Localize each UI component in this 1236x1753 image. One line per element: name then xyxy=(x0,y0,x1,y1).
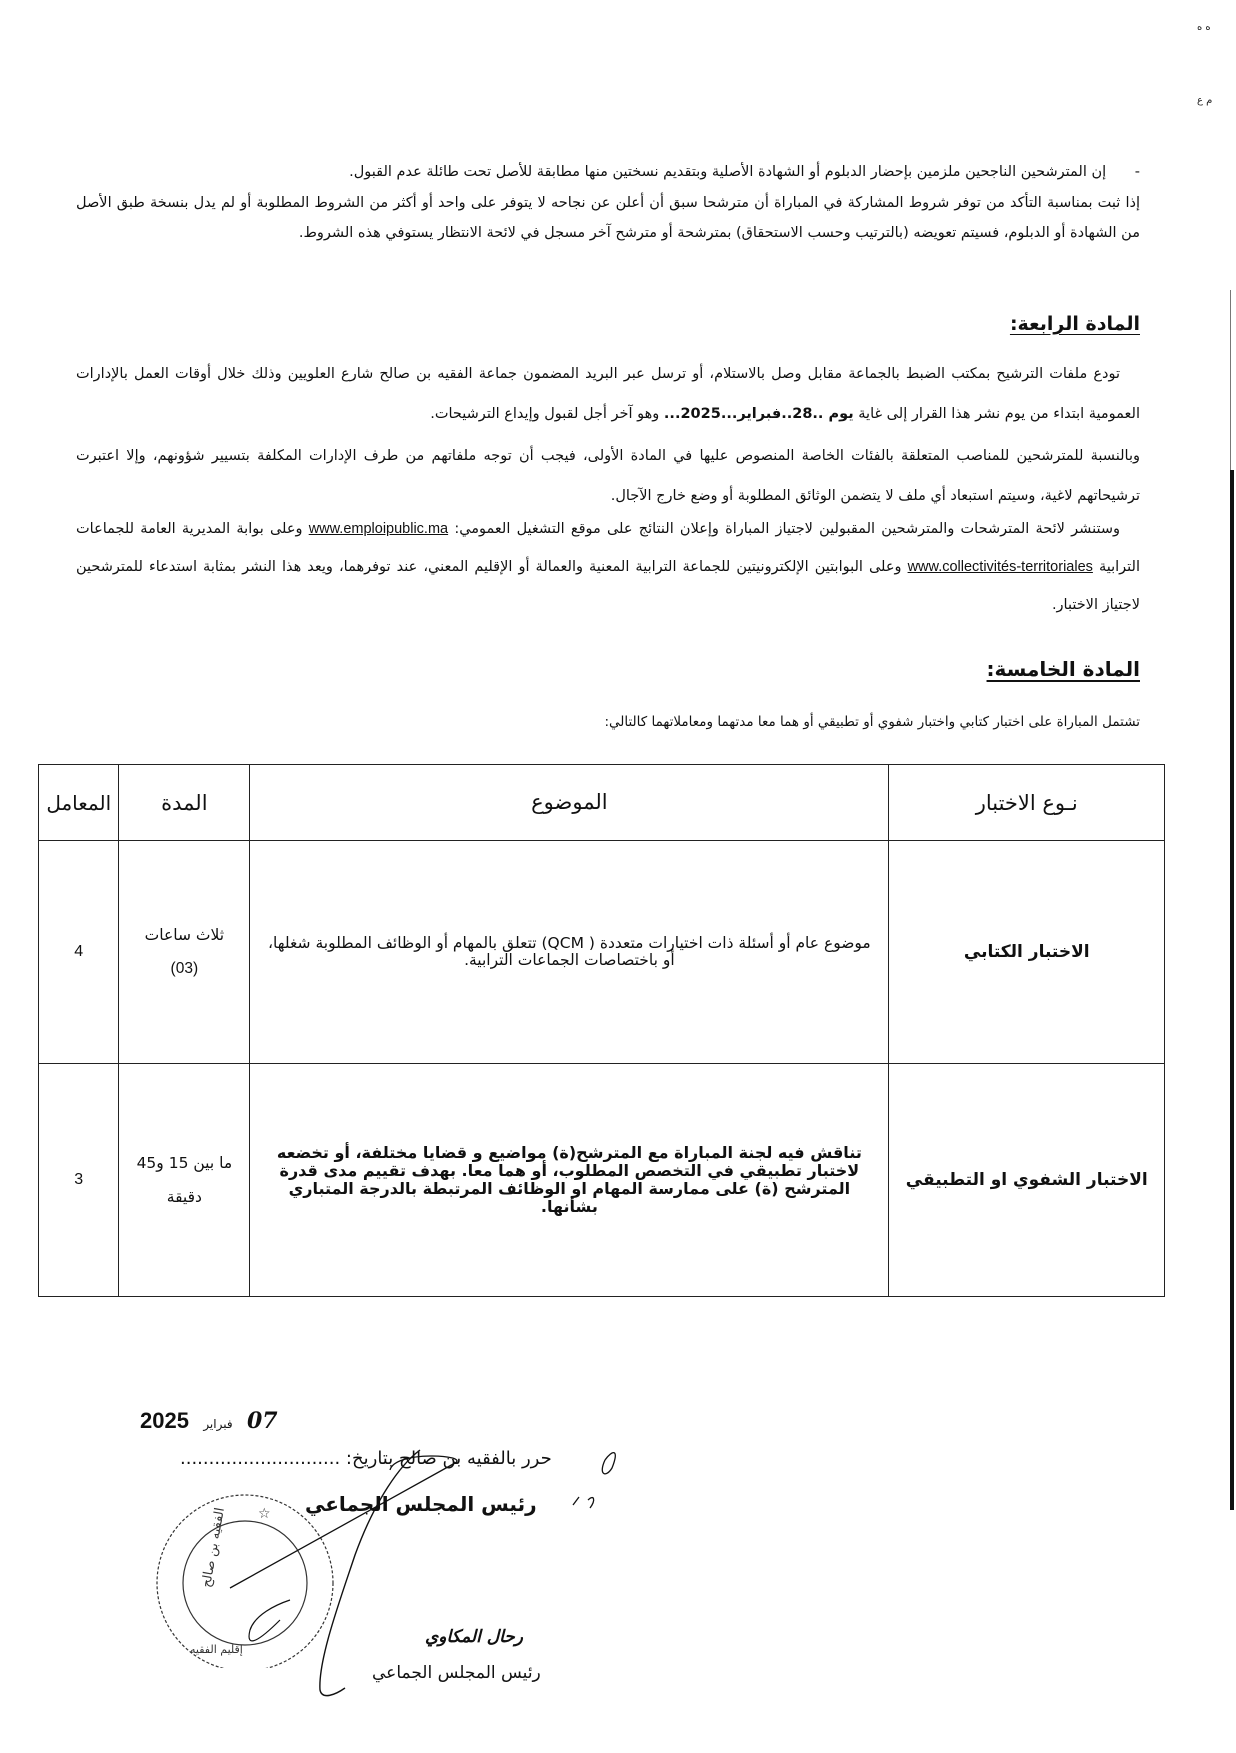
signer-handwritten-name: رحال المكاوي xyxy=(425,1627,523,1647)
document-page: ه ه م ع - إن المترشحين الناجحين ملزمين ب… xyxy=(0,0,1236,1753)
handwritten-signature-icon xyxy=(0,0,1236,1753)
stamp-signer-title: رئيس المجلس الجماعي xyxy=(372,1663,541,1683)
